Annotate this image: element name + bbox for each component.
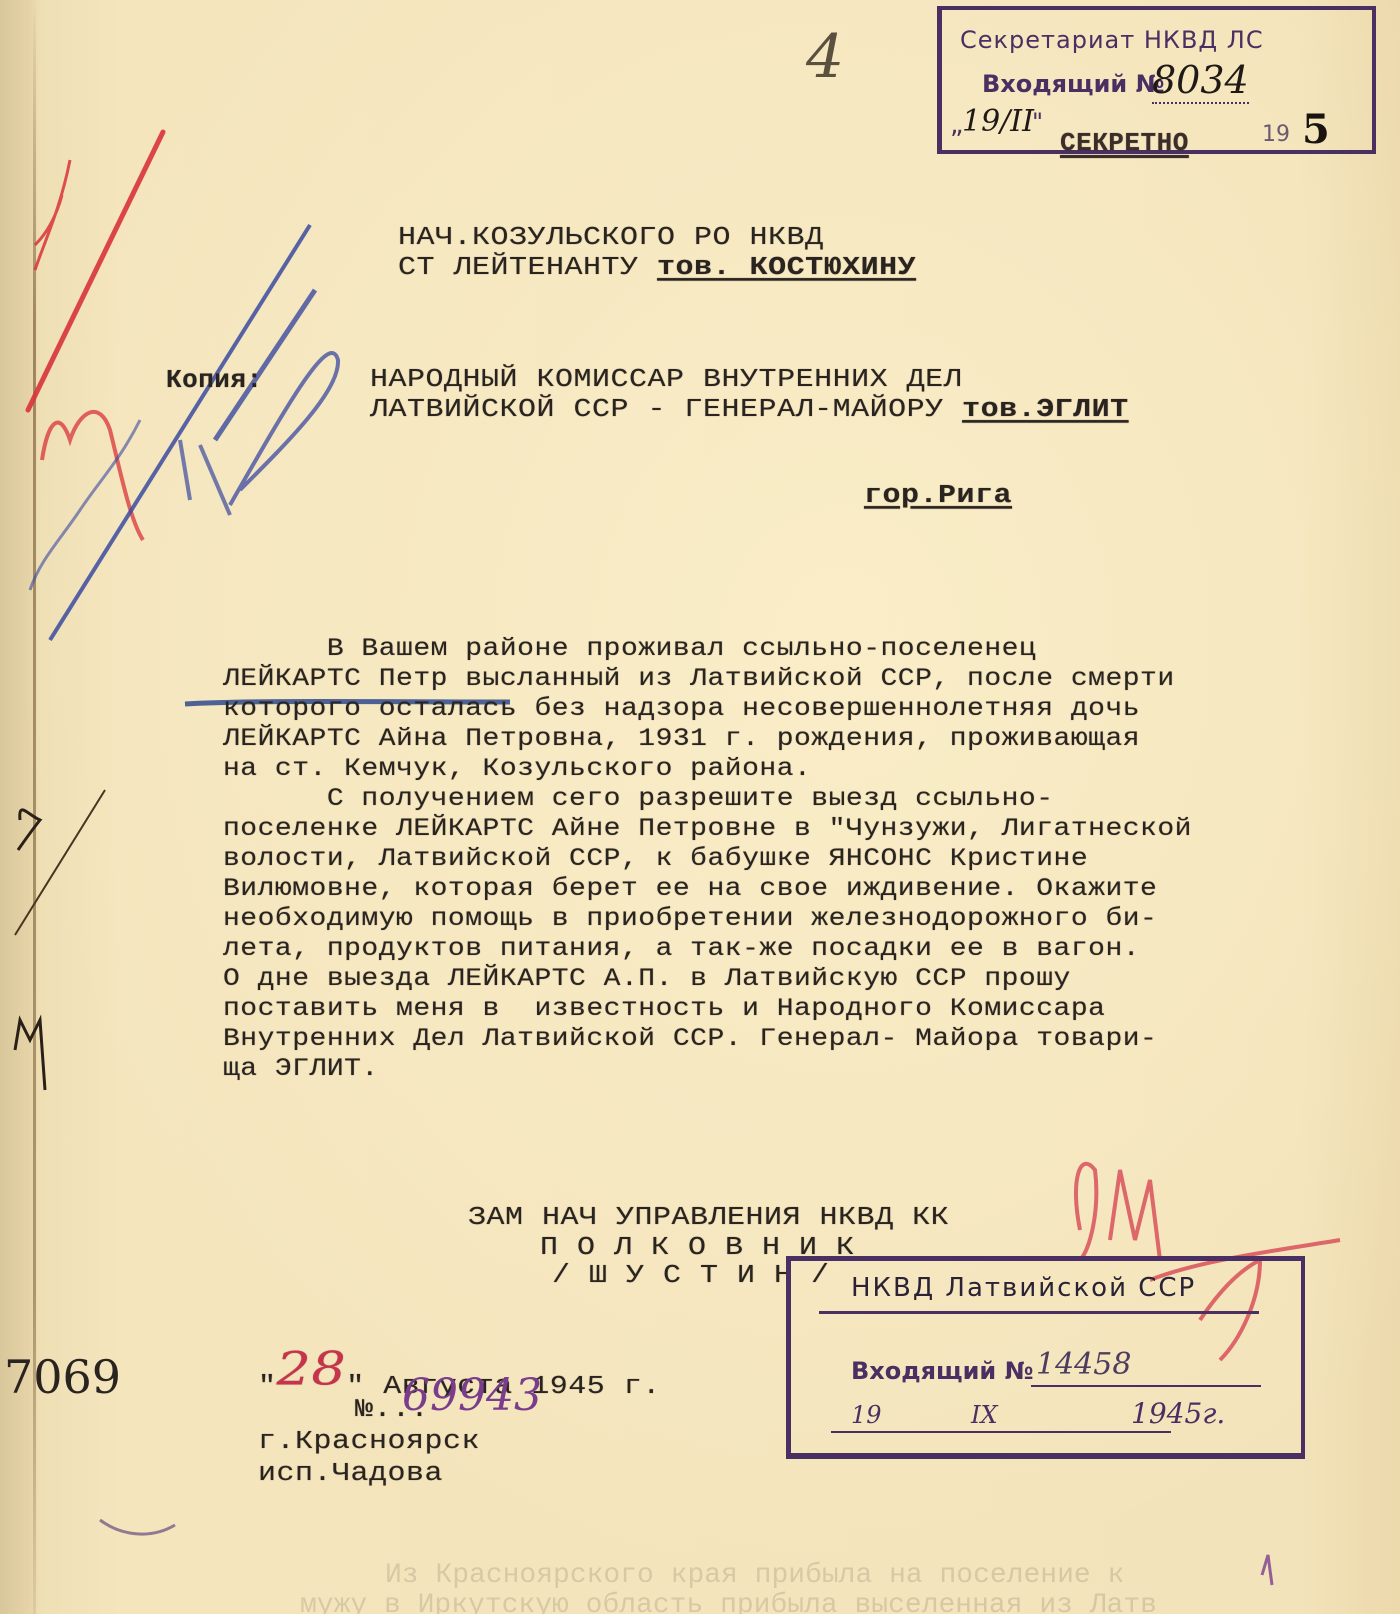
body-line: ЛЕЙКАРТС Петр высланный из Латвийской СС… xyxy=(223,666,1175,693)
copy-city: гор.Рига xyxy=(864,484,1012,508)
body-line: В Вашем районе проживал ссыльно-поселене… xyxy=(223,636,1036,663)
stamp-org: Секретариат НКВД ЛС xyxy=(960,26,1264,54)
incoming-stamp-latvia: НКВД Латвийской ССР Входящий № 14458 19 … xyxy=(786,1256,1305,1459)
bleed-through-line: Из Красноярского края прибыла на поселен… xyxy=(385,1560,1124,1591)
copy-line-1: НАРОДНЫЙ КОМИССАР ВНУТРЕННИХ ДЕЛ xyxy=(370,368,962,392)
body-line: С получением сего разрешите выезд ссыльн… xyxy=(223,786,1054,813)
body-line: ща ЭГЛИТ. xyxy=(223,1056,379,1083)
body-line: лета, продуктов питания, а так-же посадк… xyxy=(223,936,1140,963)
outgoing-number-handwritten: 69943 xyxy=(402,1370,542,1421)
body-line: Внутренних Дел Латвийской ССР. Генерал- … xyxy=(223,1026,1157,1053)
body-line: ЛЕЙКАРТС Айна Петровна, 1931 г. рождения… xyxy=(223,726,1140,753)
footer-city: г.Красноярск xyxy=(258,1430,480,1454)
margin-archive-number: 7069 xyxy=(4,1350,121,1404)
secret-classification: СЕКРЕТНО xyxy=(1060,128,1189,158)
stamp-date-month: IX xyxy=(971,1401,998,1429)
addressee-line-2: СТ ЛЕЙТЕНАНТУ тов. КОСТЮХИНУ xyxy=(398,256,916,280)
stamp-incoming-number: 8034 xyxy=(1152,58,1249,104)
body-line: на ст. Кемчук, Козульского района. xyxy=(223,756,811,783)
stamp-incoming-label: Входящий № xyxy=(851,1357,1033,1385)
stamp-number-line xyxy=(1031,1385,1261,1387)
stamp-date-line xyxy=(831,1431,1171,1433)
body-line: Вилюмовне, которая берет ее на свое ижди… xyxy=(223,876,1157,903)
signer-title: ЗАМ НАЧ УПРАВЛЕНИЯ НКВД КК xyxy=(468,1206,949,1230)
body-line: О дне выезда ЛЕЙКАРТС А.П. в Латвийскую … xyxy=(223,966,1071,993)
copy-rank: ЛАТВИЙСКОЙ ССР - ГЕНЕРАЛ-МАЙОРУ xyxy=(370,395,962,424)
stamp-incoming-number: 14458 xyxy=(1036,1347,1131,1382)
date-day-handwritten: 28 xyxy=(277,1342,347,1396)
quote-open: " xyxy=(258,1373,277,1402)
copy-label: Копия: xyxy=(166,365,263,395)
body-line: необходимую помощь в приобретении железн… xyxy=(223,906,1157,933)
body-line: поставить меня в известность и Народного… xyxy=(223,996,1105,1023)
body-line: поселенке ЛЕЙКАРТС Айне Петровне в "Чунз… xyxy=(223,816,1192,843)
bleed-through-line: мужу в Иркутскую область прибыла выселен… xyxy=(300,1590,1157,1614)
body-line: волости, Латвийской ССР, к бабушке ЯНСОН… xyxy=(223,846,1088,873)
stamp-date-handwritten: 19/II xyxy=(962,104,1034,139)
addressee-rank: СТ ЛЕЙТЕНАНТУ xyxy=(398,253,657,282)
stamp-divider xyxy=(819,1311,1259,1314)
stamp-year-prefix: 19 xyxy=(1262,122,1290,147)
stamp-date-year: 1945г. xyxy=(1131,1397,1225,1430)
stamp-incoming-label: Входящий № xyxy=(982,70,1164,98)
page-number-handwritten: 4 xyxy=(806,22,844,92)
stamp-date-day: 19 xyxy=(851,1401,882,1429)
stamp-date-close-quote: " xyxy=(1032,108,1043,136)
addressee-name: тов. КОСТЮХИНУ xyxy=(657,253,916,282)
copy-line-2: ЛАТВИЙСКОЙ ССР - ГЕНЕРАЛ-МАЙОРУ тов.ЭГЛИ… xyxy=(370,398,1129,422)
body-line: которого осталась без надзора несовершен… xyxy=(223,696,1140,723)
addressee-line-1: НАЧ.КОЗУЛЬСКОГО РО НКВД xyxy=(398,226,824,250)
stamp-year-suffix: 5 xyxy=(1302,106,1330,153)
stamp-org: НКВД Латвийской ССР xyxy=(851,1273,1196,1303)
copy-name: тов.ЭГЛИТ xyxy=(962,395,1129,424)
footer-executor: исп.Чадова xyxy=(258,1462,443,1486)
